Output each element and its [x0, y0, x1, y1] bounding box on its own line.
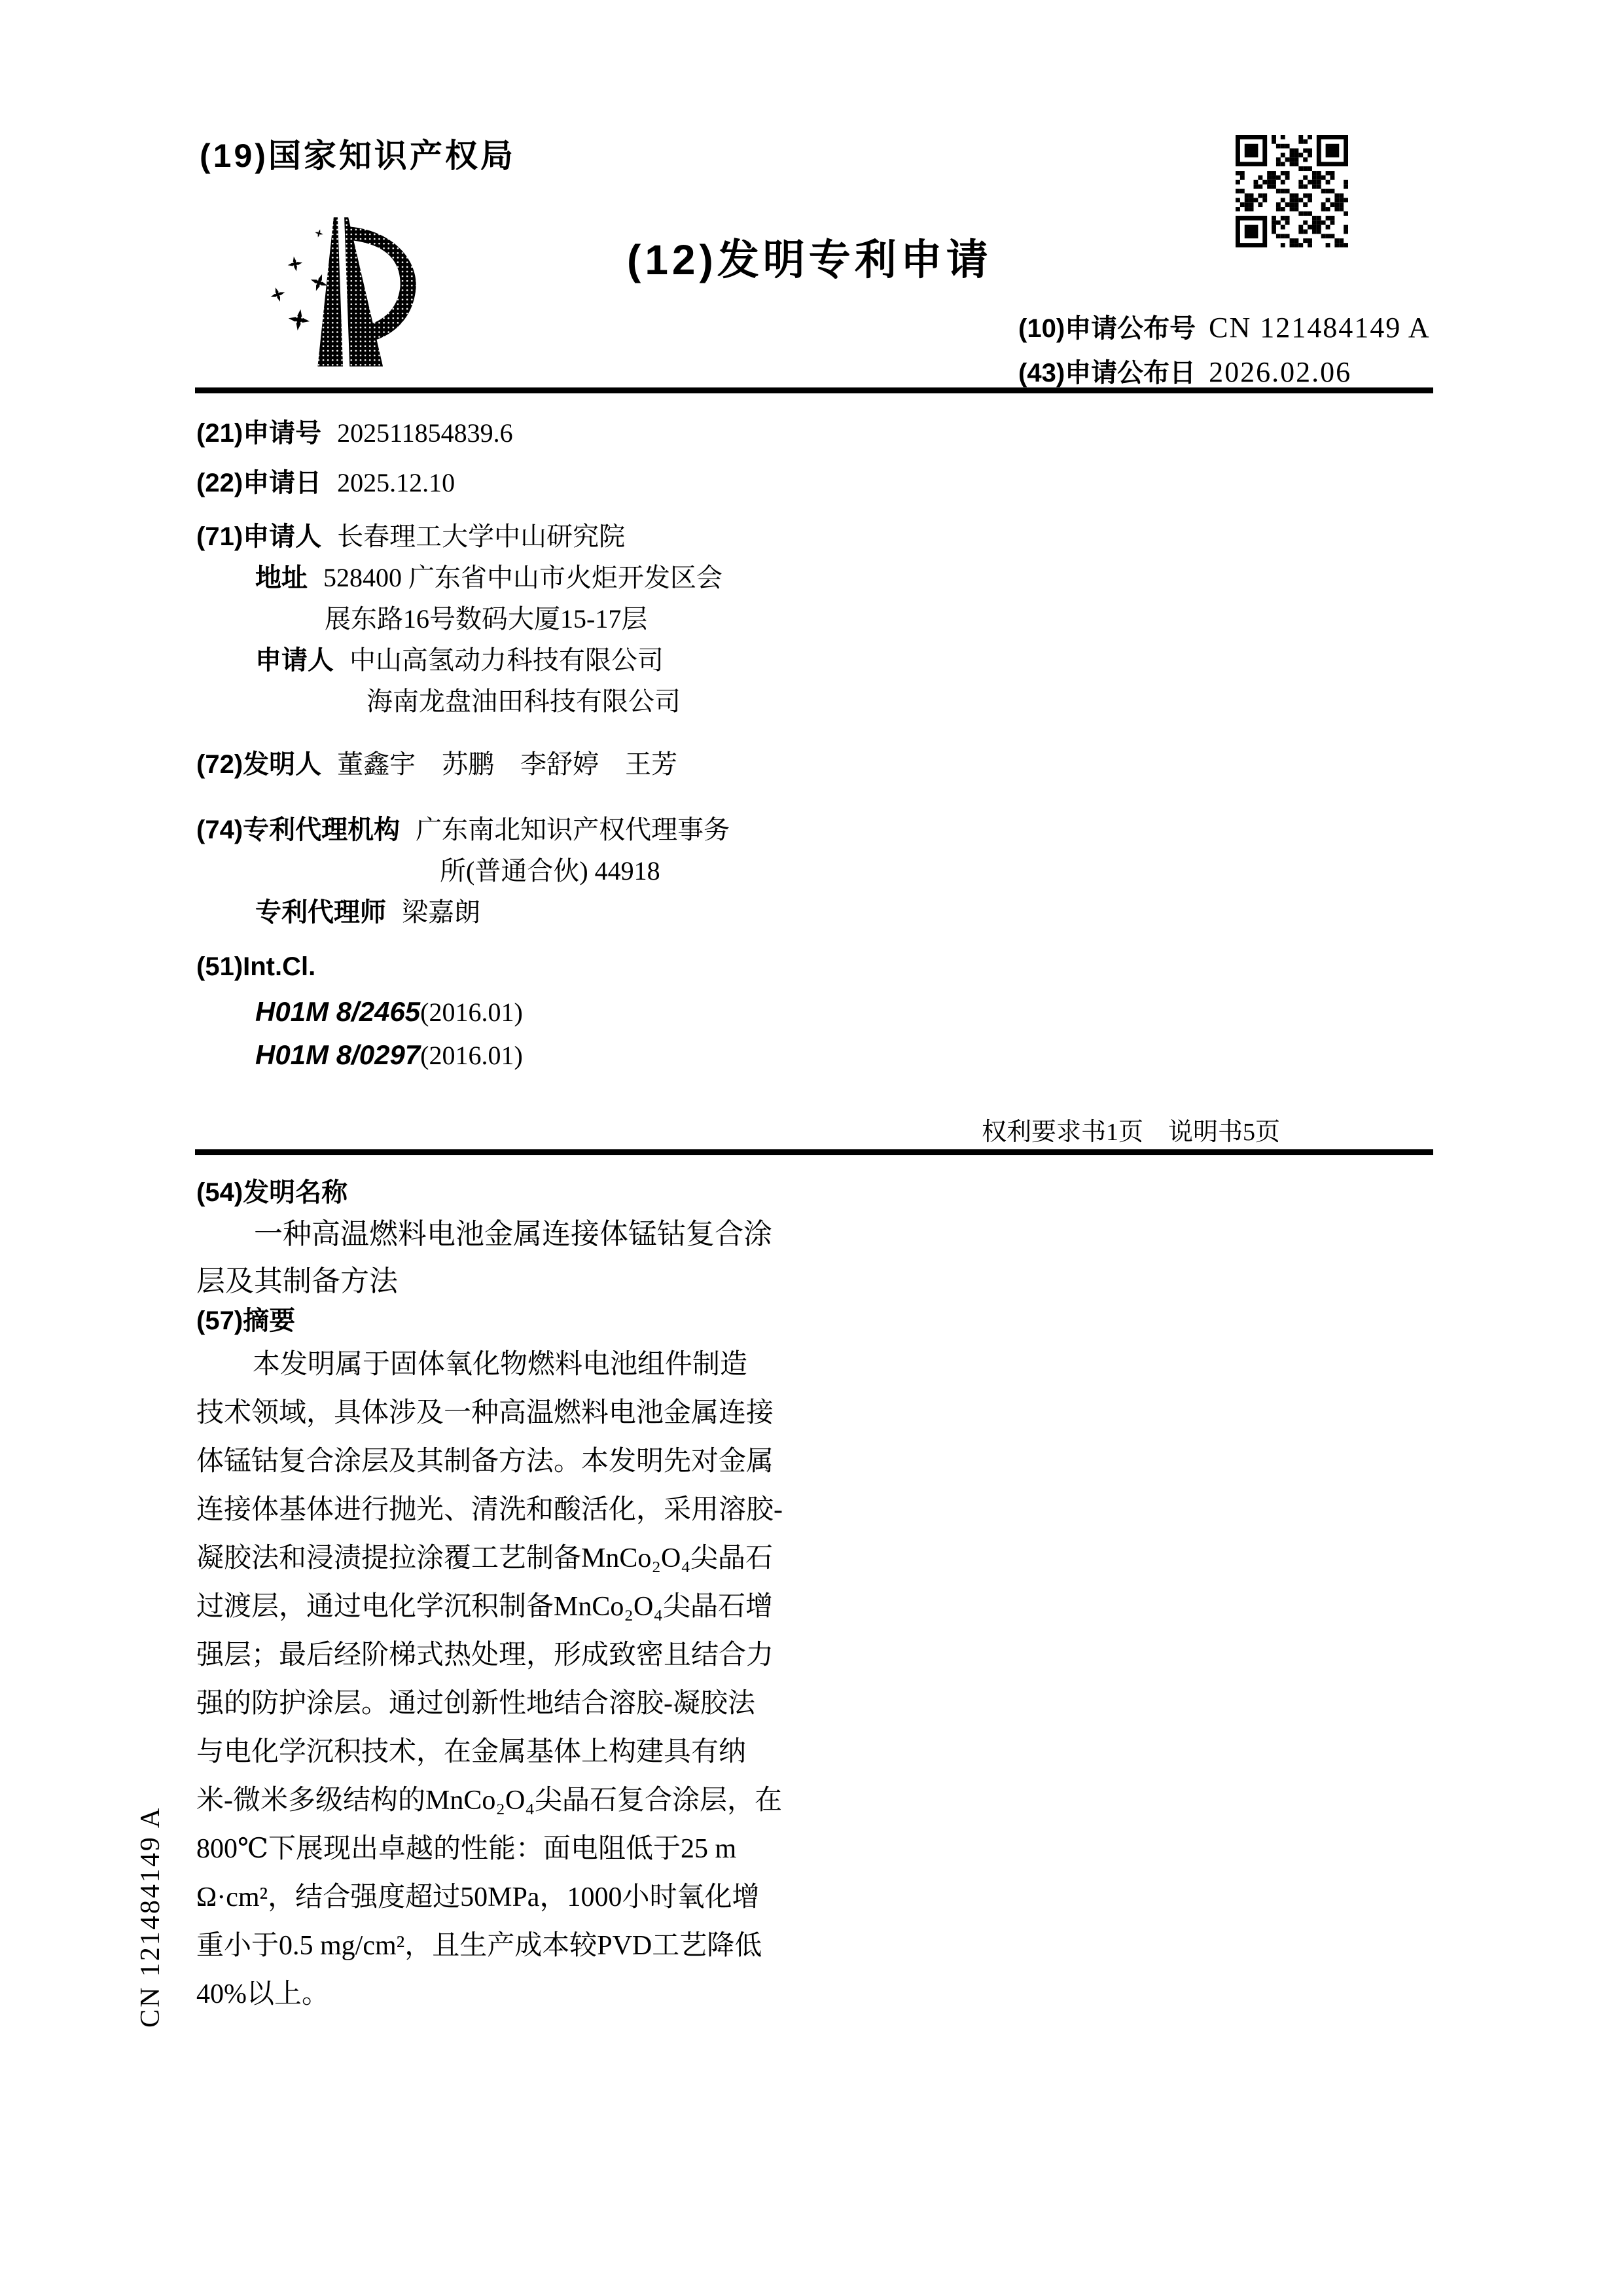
applicant-row: (71)申请人 长春理工大学中山研究院: [196, 516, 625, 553]
abstract-line: 过渡层，通过电化学沉积制备MnCo₂O₄尖晶石增: [196, 1583, 890, 1631]
publication-number-row: (10)申请公布号 CN 121484149 A: [1018, 308, 1431, 345]
application-date-label: (22)申请日: [196, 462, 321, 499]
int-cl-row: (51)Int.Cl.: [196, 952, 315, 982]
co-applicant2-value: 海南龙盘油田科技有限公司: [366, 681, 681, 718]
invention-title-line: 层及其制备方法: [196, 1258, 890, 1305]
cnipa-logo-graphic: [260, 213, 420, 373]
publication-number-label: (10)申请公布号: [1018, 308, 1196, 345]
document-type-title: (12)发明专利申请: [627, 226, 992, 287]
publication-number-value: CN 121484149 A: [1209, 311, 1430, 344]
int-cl-version: (2016.01): [420, 997, 523, 1027]
application-number-label: (21)申请号: [196, 412, 321, 450]
agency-label: (74)专利代理机构: [196, 809, 400, 846]
agent-label: 专利代理师: [255, 891, 386, 929]
side-publication-code: CN 121484149 A: [135, 1806, 166, 2028]
top-divider: [195, 387, 1433, 393]
publication-date-label: (43)申请公布日: [1018, 352, 1196, 389]
int-cl-version: (2016.01): [420, 1041, 523, 1070]
application-date-row: (22)申请日 2025.12.10: [196, 462, 455, 499]
address-value: 528400 广东省中山市火炬开发区会: [323, 557, 722, 594]
abstract-line: 技术领域，具体涉及一种高温燃料电池金属连接: [196, 1389, 890, 1437]
qr-code: [1236, 135, 1348, 247]
agency-value: 广东南北知识产权代理事务: [416, 809, 730, 846]
issuing-office: (19)国家知识产权局: [200, 130, 516, 177]
agency-continuation: 所(普通合伙) 44918: [440, 850, 660, 888]
qr-code-graphic: [1236, 135, 1348, 247]
publication-date-row: (43)申请公布日 2026.02.06: [1018, 352, 1351, 389]
invention-title: 一种高温燃料电池金属连接体锰钴复合涂 层及其制备方法: [196, 1211, 890, 1305]
abstract-line: 米-微米多级结构的MnCo₂O₄尖晶石复合涂层，在: [196, 1776, 890, 1825]
int-cl-label: (51)Int.Cl.: [196, 952, 315, 982]
invention-title-line: 一种高温燃料电池金属连接体锰钴复合涂: [196, 1211, 890, 1258]
int-cl-entry: H01M 8/2465(2016.01): [255, 996, 523, 1028]
abstract-text: 本发明属于固体氧化物燃料电池组件制造 技术领域，具体涉及一种高温燃料电池金属连接…: [196, 1340, 890, 2018]
int-cl-code: H01M 8/2465: [255, 996, 420, 1027]
abstract-label: (57)摘要: [196, 1300, 295, 1337]
int-cl-code: H01M 8/0297: [255, 1039, 420, 1070]
co-applicant-label: 申请人: [255, 639, 334, 677]
invention-title-label: (54)发明名称: [196, 1172, 348, 1209]
abstract-line: 本发明属于固体氧化物燃料电池组件制造: [196, 1340, 890, 1389]
applicant-address-row: 地址 528400 广东省中山市火炬开发区会: [255, 557, 722, 594]
middle-divider: [195, 1149, 1433, 1155]
cnipa-logo: [260, 213, 420, 373]
co-applicant-row: 申请人 中山高氢动力科技有限公司: [255, 639, 664, 677]
abstract-line: 凝胶法和浸渍提拉涂覆工艺制备MnCo₂O₄尖晶石: [196, 1534, 890, 1583]
agent-value: 梁嘉朗: [402, 891, 480, 929]
publication-date-value: 2026.02.06: [1209, 355, 1351, 389]
applicant-value: 长春理工大学中山研究院: [337, 516, 625, 553]
application-number-row: (21)申请号 202511854839.6: [196, 412, 513, 450]
agency-row: (74)专利代理机构 广东南北知识产权代理事务: [196, 809, 730, 846]
inventors-label: (72)发明人: [196, 744, 321, 781]
abstract-line: 强层；最后经阶梯式热处理，形成致密且结合力: [196, 1631, 890, 1679]
inventors-value: 董鑫宇 苏鹏 李舒婷 王芳: [337, 744, 677, 781]
abstract-line: 连接体基体进行抛光、清洗和酸活化，采用溶胶-: [196, 1486, 890, 1534]
address-label: 地址: [255, 557, 308, 594]
address-continuation: 展东路16号数码大厦15-17层: [325, 598, 647, 636]
abstract-line: 体锰钴复合涂层及其制备方法。本发明先对金属: [196, 1437, 890, 1486]
abstract-line: 强的防护涂层。通过创新性地结合溶胶-凝胶法: [196, 1679, 890, 1728]
abstract-line: Ω·cm²，结合强度超过50MPa，1000小时氧化增: [196, 1873, 890, 1922]
applicant-label: (71)申请人: [196, 516, 321, 553]
application-number-value: 202511854839.6: [337, 418, 513, 448]
abstract-line: 40%以上。: [196, 1970, 890, 2018]
pages-note: 权利要求书1页 说明书5页: [982, 1111, 1280, 1147]
abstract-line: 与电化学沉积技术，在金属基体上构建具有纳: [196, 1728, 890, 1776]
abstract-line: 重小于0.5 mg/cm²，且生产成本较PVD工艺降低: [196, 1922, 890, 1970]
int-cl-entry: H01M 8/0297(2016.01): [255, 1039, 523, 1071]
agent-row: 专利代理师 梁嘉朗: [255, 891, 480, 929]
inventors-row: (72)发明人 董鑫宇 苏鹏 李舒婷 王芳: [196, 744, 677, 781]
application-date-value: 2025.12.10: [337, 467, 455, 498]
abstract-line: 800℃下展现出卓越的性能：面电阻低于25 m: [196, 1825, 890, 1873]
co-applicant-value: 中山高氢动力科技有限公司: [349, 639, 664, 677]
patent-front-page: (19)国家知识产权局: [0, 0, 1623, 2296]
